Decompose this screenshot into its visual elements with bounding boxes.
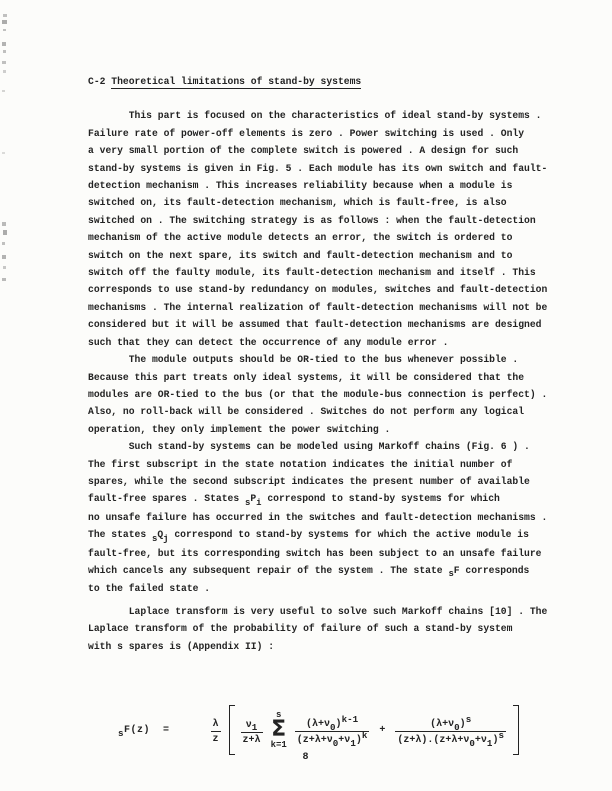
coefficient-denominator: z	[211, 731, 221, 745]
term1-numerator: ν1	[244, 715, 260, 732]
paragraph: This part is focused on the characterist…	[88, 107, 560, 351]
term1-fraction: ν1 z+λ	[241, 715, 263, 746]
plus-operator: +	[379, 725, 385, 736]
text-line: Failure rate of power-off elements is ze…	[88, 125, 560, 142]
page-content: C-2 Theoretical limitations of stand-by …	[88, 73, 560, 755]
scan-speck	[3, 29, 6, 31]
text-line: switched on . The switching strategy is …	[88, 212, 560, 229]
text-line: a very small portion of the complete swi…	[88, 142, 560, 159]
text-line: mechanisms . The internal realization of…	[88, 299, 560, 316]
paragraph: Such stand-by systems can be modeled usi…	[88, 438, 560, 598]
text-line: such that they can detect the occurrence…	[88, 334, 560, 351]
scan-speck	[2, 152, 5, 154]
page-number: 8	[0, 752, 612, 763]
text-line: switched on, its fault-detection mechani…	[88, 194, 560, 211]
text-line: fault-free spares . States sPi correspon…	[88, 490, 560, 508]
summation: s Σ k=1	[271, 710, 287, 750]
paragraph: The module outputs should be OR-tied to …	[88, 351, 560, 438]
text-line: mechanism of the active module detects a…	[88, 229, 560, 246]
text-line: Laplace transform of the probability of …	[88, 620, 560, 637]
formula-lhs: sF(z) =	[118, 724, 170, 736]
summand-fraction: (λ+ν0)k-1 (z+λ+ν0+ν1)k	[295, 714, 370, 746]
text-line: Laplace transform is very useful to solv…	[88, 603, 560, 620]
scan-speck	[2, 90, 5, 92]
summation-lower-limit: k=1	[271, 740, 287, 750]
summand-denominator: (z+λ+ν0+ν1)k	[295, 731, 370, 746]
formula-coefficient-fraction: λ z	[211, 715, 221, 745]
section-number: C-2	[88, 76, 111, 87]
left-bracket	[229, 705, 235, 755]
text-line: fault-free, but its corresponding switch…	[88, 545, 560, 562]
scan-speck	[3, 50, 6, 53]
right-bracket	[513, 705, 519, 755]
text-line: Such stand-by systems can be modeled usi…	[88, 438, 560, 455]
text-line: The module outputs should be OR-tied to …	[88, 351, 560, 368]
scan-speck	[3, 14, 7, 17]
text-line: The states sQj correspond to stand-by sy…	[88, 526, 560, 544]
text-line: This part is focused on the characterist…	[88, 107, 560, 124]
laplace-transform-formula: sF(z) = λ z ν1 z+λ s Σ k=1 (λ+ν0)k-1 (z+…	[118, 705, 560, 755]
text-line: modules are OR-tied to the bus (or that …	[88, 386, 560, 403]
section-heading: C-2 Theoretical limitations of stand-by …	[88, 73, 560, 90]
summand-numerator: (λ+ν0)k-1	[304, 714, 360, 731]
term2-denominator: (z+λ).(z+λ+ν0+ν1)s	[395, 731, 506, 746]
text-line: stand-by systems is given in Fig. 5 . Ea…	[88, 160, 560, 177]
coefficient-numerator: λ	[211, 715, 221, 731]
text-line: which cancels any subsequent repair of t…	[88, 562, 560, 580]
text-line: switch on the next spare, its switch and…	[88, 247, 560, 264]
body-text: This part is focused on the characterist…	[88, 107, 560, 655]
term2-fraction: (λ+ν0)s (z+λ).(z+λ+ν0+ν1)s	[395, 714, 506, 746]
scan-speck	[3, 70, 6, 73]
scan-speck	[2, 255, 6, 259]
scan-speck	[2, 242, 5, 245]
text-line: switch off the faulty module, its fault-…	[88, 264, 560, 281]
sigma-icon: Σ	[271, 720, 286, 740]
scan-speck	[3, 230, 7, 235]
text-line: Also, no roll-back will be considered . …	[88, 403, 560, 420]
text-line: spares, while the second subscript indic…	[88, 473, 560, 490]
scan-speck	[2, 20, 7, 24]
text-line: Because this part treats only ideal syst…	[88, 369, 560, 386]
term1-denominator: z+λ	[241, 732, 263, 746]
text-line: The first subscript in the state notatio…	[88, 456, 560, 473]
text-line: detection mechanism . This increases rel…	[88, 177, 560, 194]
document-page: C-2 Theoretical limitations of stand-by …	[0, 0, 612, 791]
text-line: with s spares is (Appendix II) :	[88, 638, 560, 655]
text-line: considered but it will be assumed that f…	[88, 316, 560, 333]
paragraph: Laplace transform is very useful to solv…	[88, 603, 560, 655]
scan-speck	[2, 222, 6, 226]
scan-speck	[2, 61, 6, 64]
text-line: no unsafe failure has occurred in the sw…	[88, 509, 560, 526]
term2-numerator: (λ+ν0)s	[428, 714, 473, 731]
text-line: operation, they only implement the power…	[88, 421, 560, 438]
scan-speck	[2, 278, 6, 281]
scan-speck	[2, 42, 6, 46]
text-line: to the failed state .	[88, 580, 560, 597]
text-line: corresponds to use stand-by redundancy o…	[88, 281, 560, 298]
section-title: Theoretical limitations of stand-by syst…	[111, 76, 361, 89]
scan-speck	[3, 266, 6, 269]
